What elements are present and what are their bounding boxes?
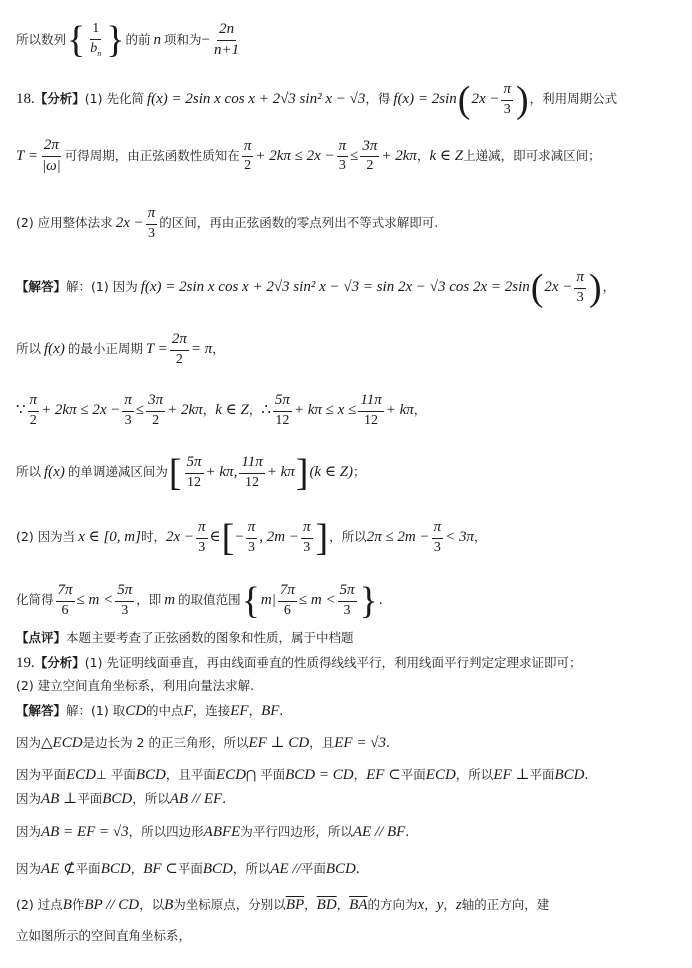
math: k ∈ Z: [215, 403, 249, 418]
text: ，: [131, 863, 144, 876]
text: 立如图所示的空间直角坐标系，: [16, 930, 191, 943]
text: 为平行四边形，所以: [240, 826, 353, 839]
math: ≤: [136, 403, 144, 418]
section-label: 【分析】: [35, 657, 85, 670]
math: T =: [16, 149, 38, 164]
math: CD: [125, 704, 146, 719]
math: F: [184, 704, 193, 719]
line-coordinate-system-2: 立如图所示的空间直角坐标系，: [16, 930, 682, 943]
denominator: 3: [301, 539, 312, 556]
brace-close: }: [106, 25, 124, 55]
math: △ECD: [41, 736, 83, 751]
numerator: 3π: [360, 139, 379, 158]
denominator: 3: [246, 539, 257, 556]
numerator: π: [301, 520, 313, 539]
brace-close: }: [360, 586, 378, 616]
fraction: π3: [337, 139, 349, 174]
math: + kπ,: [206, 465, 238, 480]
text: ，所以四边形: [129, 826, 204, 839]
text: ，所以: [132, 793, 170, 806]
fraction: 2π2: [170, 332, 189, 367]
line-comment: 【点评】 本题主要考查了正弦函数的图象和性质，属于中档题: [16, 632, 682, 645]
text: ，所以: [456, 769, 494, 782]
text: ，: [414, 404, 427, 417]
math: 2x −: [471, 92, 499, 107]
line-decreasing-interval: 所以 f(x) 的单调递减区间为 [ 5π12 + kπ, 11π12 + kπ…: [16, 455, 682, 490]
line-ae-parallel-plane: 因为 AE ⊄ 平面 BCD ， BF ⊂ 平面 BCD ，所以 AE // 平…: [16, 862, 682, 877]
math: < 3π: [445, 530, 474, 545]
math: EF ⊥: [493, 768, 529, 783]
denominator: 3: [432, 539, 443, 556]
denominator: bn: [88, 40, 103, 58]
text: 平面: [178, 863, 203, 876]
math: B: [63, 898, 72, 913]
fraction: π3: [574, 270, 586, 305]
paren-open: (: [458, 85, 471, 115]
line-part2-range: (2) 因为当 x ∈ [0, m] 时， 2x − π3 ∈ [ − π3 ,…: [16, 520, 682, 555]
paren-close: ): [516, 85, 529, 115]
text: 的单调递减区间为: [68, 466, 168, 479]
text: ，即: [136, 594, 161, 607]
line-min-period: 所以 f(x) 的最小正周期 T = 2π2 = π ，: [16, 332, 682, 367]
fraction: 7π6: [278, 583, 297, 618]
text: 所以: [16, 343, 41, 356]
text: ，连接: [193, 705, 231, 718]
text: 化简得: [16, 594, 54, 607]
section-label: 【点评】: [16, 632, 66, 645]
math: x ∈ [0, m]: [78, 530, 141, 545]
line-q18-analysis: 18. 【分析】 (1) 先化简 f(x) = 2sin x cos x + 2…: [16, 82, 682, 117]
math: , 2m −: [259, 530, 299, 545]
denominator: 3: [502, 101, 513, 118]
text: 作: [72, 899, 85, 912]
fraction: π3: [501, 82, 513, 117]
denominator: 12: [273, 412, 291, 429]
math: ≤ m <: [299, 593, 336, 608]
numerator: 5π: [338, 583, 357, 602]
math: BCD: [101, 862, 131, 877]
math: f(x) = 2sin x cos x + 2√3 sin² x − √3 = …: [141, 280, 530, 295]
fraction: 3π2: [146, 393, 165, 428]
text: ，: [424, 899, 437, 912]
text: ，且: [309, 737, 334, 750]
text: ，: [443, 899, 456, 912]
text: ，所以: [329, 531, 367, 544]
text: 时，: [141, 531, 166, 544]
math: AE // BF: [353, 825, 406, 840]
fraction: π2: [242, 139, 254, 174]
text: 可得周期，由正弦函数性质知在: [65, 150, 240, 163]
math: f(x) = 2sin x cos x + 2√3 sin² x − √3: [147, 92, 365, 107]
denominator: 3: [575, 289, 586, 306]
denominator: 2: [242, 157, 253, 174]
fraction: 2n n+1: [212, 22, 241, 59]
fraction: π3: [432, 520, 444, 555]
math: ECD: [426, 768, 456, 783]
math: −: [235, 530, 243, 545]
denominator: 3: [123, 412, 134, 429]
numerator: π: [122, 393, 134, 412]
text: ⊥ 平面: [96, 769, 136, 782]
therefore-symbol: ∴: [261, 403, 271, 418]
numerator: 7π: [278, 583, 297, 602]
text: 的区间，再由正弦函数的零点列出不等式求解即可.: [159, 217, 438, 230]
numerator: 3π: [146, 393, 165, 412]
numerator: 1: [90, 22, 101, 40]
denominator: 3: [119, 602, 130, 619]
text: ，: [603, 281, 616, 294]
math: AB ⊥: [41, 792, 77, 807]
text: ，: [249, 705, 262, 718]
because-symbol: ∵: [16, 403, 26, 418]
math: + 2kπ: [167, 403, 203, 418]
text: (2) 因为当: [16, 531, 75, 544]
text: 为坐标原点，分别以: [173, 899, 286, 912]
numerator: π: [501, 82, 513, 101]
math: −: [202, 33, 210, 48]
text: 平面: [301, 863, 326, 876]
vector: BP: [286, 898, 304, 913]
math: BF ⊂: [143, 862, 178, 877]
math: n: [154, 33, 162, 48]
numerator: 2π: [42, 138, 61, 157]
text: 本题主要考查了正弦函数的图象和性质，属于中档题: [66, 632, 354, 645]
text: ，: [417, 150, 430, 163]
numerator: 5π: [115, 583, 134, 602]
text: 解：(1) 因为: [66, 281, 138, 294]
bracket-close: ]: [316, 523, 329, 553]
math: ECD: [66, 768, 96, 783]
numerator: 2n: [217, 22, 236, 41]
denominator: 12: [362, 412, 380, 429]
brace-open: {: [67, 25, 85, 55]
math: m|: [261, 593, 276, 608]
math: + 2kπ ≤ 2x −: [41, 403, 120, 418]
text: 因为: [16, 737, 41, 750]
text: 平面: [530, 769, 555, 782]
math: + 2kπ ≤ 2x −: [255, 149, 334, 164]
fraction: 5π3: [115, 583, 134, 618]
text: 平面: [77, 793, 102, 806]
brace-open: {: [242, 586, 260, 616]
text: 是边长为 2 的正三角形，所以: [83, 737, 249, 750]
denominator: 2: [28, 412, 39, 429]
math: BCD = CD: [285, 768, 353, 783]
denominator: 3: [337, 157, 348, 174]
numerator: π: [28, 393, 40, 412]
fraction: 11π12: [239, 455, 264, 490]
text: 所以: [16, 466, 41, 479]
denominator: |ω|: [40, 157, 63, 175]
numerator: 11π: [239, 455, 264, 474]
text: 的中点: [146, 705, 184, 718]
math: BF: [261, 704, 279, 719]
fraction: 5π12: [273, 393, 292, 428]
fraction: 3π2: [360, 139, 379, 174]
denominator: 3: [146, 225, 157, 242]
math: AE //: [270, 862, 300, 877]
text: 因为平面: [16, 769, 66, 782]
math: ABFE: [204, 825, 241, 840]
section-label: 【解答】: [16, 281, 66, 294]
vector: BD: [317, 898, 337, 913]
math: BCD: [555, 768, 585, 783]
bracket-open: [: [222, 523, 235, 553]
fraction: π3: [146, 206, 158, 241]
math: ∈: [210, 530, 221, 545]
line-plane-perpendicular: 因为平面 ECD ⊥ 平面 BCD ，且平面 ECD ⋂ 平面 BCD = CD…: [16, 768, 682, 783]
text: 平面: [401, 769, 426, 782]
math: BCD: [326, 862, 356, 877]
text: .: [279, 704, 283, 719]
text: .: [222, 792, 226, 807]
fraction: 5π12: [185, 455, 204, 490]
denominator: 2: [174, 351, 185, 368]
numerator: 11π: [358, 393, 383, 412]
math: m: [164, 593, 175, 608]
math: ≤: [350, 149, 358, 164]
numerator: π: [337, 139, 349, 158]
math: EF: [230, 704, 248, 719]
math: EF ⊥ CD: [248, 736, 309, 751]
math: k ∈ Z: [429, 149, 463, 164]
math: + kπ: [386, 403, 414, 418]
text: (2) 过点: [16, 899, 63, 912]
line-q18-solution: 【解答】 解：(1) 因为 f(x) = 2sin x cos x + 2√3 …: [16, 270, 682, 305]
line-period-formula: T = 2π|ω| 可得周期，由正弦函数性质知在 π2 + 2kπ ≤ 2x −…: [16, 138, 682, 175]
math: AE ⊄: [41, 862, 76, 877]
math: B: [164, 898, 173, 913]
math: AB // EF: [170, 792, 223, 807]
math: 2π ≤ 2m −: [367, 530, 430, 545]
math: f(x): [44, 465, 65, 480]
text: ，: [304, 899, 317, 912]
math: EF = √3: [334, 736, 386, 751]
text: ，: [337, 899, 350, 912]
bracket-close: ]: [296, 458, 309, 488]
math: EF ⊂: [366, 768, 401, 783]
math: 2x −: [544, 280, 572, 295]
line-sum-result: 所以数列 { 1 bn } 的前 n 项和为 − 2n n+1: [16, 22, 682, 59]
text: ，: [354, 769, 367, 782]
line-inequality: ∵ π2 + 2kπ ≤ 2x − π3 ≤ 3π2 + 2kπ ， k ∈ Z…: [16, 393, 682, 428]
text: 上递减，即可求减区间；: [463, 150, 601, 163]
math: (k ∈ Z): [309, 465, 353, 480]
line-triangle: 因为 △ECD 是边长为 2 的正三角形，所以 EF ⊥ CD ，且 EF = …: [16, 736, 682, 751]
math: f(x) = 2sin: [393, 92, 456, 107]
line-q19-analysis-2: (2) 建立空间直角坐标系，利用向量法求解.: [16, 680, 682, 693]
math: T =: [146, 342, 168, 357]
text: 所以数列: [16, 34, 66, 47]
text: ；: [353, 466, 366, 479]
fraction: π3: [301, 520, 313, 555]
numerator: 7π: [56, 583, 75, 602]
text: (2) 应用整体法求: [16, 217, 113, 230]
paren-open: (: [531, 273, 544, 303]
numerator: π: [242, 139, 254, 158]
text: ⋂ 平面: [246, 769, 285, 782]
numerator: π: [574, 270, 586, 289]
text: 因为: [16, 826, 41, 839]
text: .: [585, 768, 589, 783]
section-label: 【解答】: [16, 705, 66, 718]
math: f(x): [44, 342, 65, 357]
paren-close: ): [589, 273, 602, 303]
text: (1) 先证明线面垂直，再由线面垂直的性质得线线平行，利用线面平行判定定理求证即…: [85, 657, 582, 670]
text: ，所以: [233, 863, 271, 876]
line-ab-parallel-ef: 因为 AB ⊥ 平面 BCD ，所以 AB // EF .: [16, 792, 682, 807]
line-parallelogram: 因为 AB = EF = √3 ，所以四边形 ABFE 为平行四边形，所以 AE…: [16, 825, 682, 840]
vector: BA: [349, 898, 367, 913]
text: 因为: [16, 793, 41, 806]
math: BP // CD: [84, 898, 139, 913]
math: = π: [191, 342, 212, 357]
denominator: 6: [282, 602, 293, 619]
denominator: 12: [243, 474, 261, 491]
denominator: 12: [185, 474, 203, 491]
math: y: [437, 898, 444, 913]
fraction: 5π3: [338, 583, 357, 618]
line-m-range: 化简得 7π6 ≤ m < 5π3 ，即 m 的取值范围 { m| 7π6 ≤ …: [16, 583, 682, 618]
text: .: [356, 862, 360, 877]
math: BCD: [136, 768, 166, 783]
denominator: 2: [150, 412, 161, 429]
text: .: [405, 825, 409, 840]
text: .: [386, 736, 390, 751]
text: ，: [212, 343, 225, 356]
text: 的方向为: [368, 899, 418, 912]
line-coordinate-system: (2) 过点 B 作 BP // CD ，以 B 为坐标原点，分别以 BP ， …: [16, 898, 682, 913]
math: 2x −: [116, 216, 144, 231]
text: 平面: [76, 863, 101, 876]
fraction: π2: [28, 393, 40, 428]
math: 2x −: [166, 530, 194, 545]
math: AB = EF = √3: [41, 825, 129, 840]
line-part2-analysis: (2) 应用整体法求 2x − π3 的区间，再由正弦函数的零点列出不等式求解即…: [16, 206, 682, 241]
line-q19-analysis: 19. 【分析】 (1) 先证明线面垂直，再由线面垂直的性质得线线平行，利用线面…: [16, 656, 682, 671]
numerator: 2π: [170, 332, 189, 351]
text: ，得: [365, 93, 390, 106]
math: ≤ m <: [77, 593, 114, 608]
line-q19-solution: 【解答】 解：(1) 取 CD 的中点 F ，连接 EF ， BF .: [16, 704, 682, 719]
fraction: π3: [122, 393, 134, 428]
math: + kπ: [267, 465, 295, 480]
fraction: π3: [246, 520, 258, 555]
math: + 2kπ: [381, 149, 417, 164]
math: + kπ ≤ x ≤: [294, 403, 356, 418]
numerator: π: [146, 206, 158, 225]
subscript: n: [97, 49, 101, 58]
text: ，且平面: [166, 769, 216, 782]
text: ，: [203, 404, 216, 417]
numerator: π: [196, 520, 208, 539]
text: ，: [474, 531, 487, 544]
text: 的前: [126, 34, 151, 47]
denominator: n+1: [212, 41, 241, 59]
section-label: 【分析】: [35, 93, 85, 106]
math: x: [418, 898, 425, 913]
text: 项和为: [164, 34, 202, 47]
text: ，以: [139, 899, 164, 912]
text: 轴的正方向，建: [462, 899, 550, 912]
fraction: 7π6: [56, 583, 75, 618]
math: ECD: [216, 768, 246, 783]
text: 的最小正周期: [68, 343, 143, 356]
denominator: 6: [60, 602, 71, 619]
text: 的取值范围: [178, 594, 241, 607]
text: ，: [249, 404, 262, 417]
denominator: 3: [196, 539, 207, 556]
fraction: 1 bn: [88, 22, 103, 58]
text: (1) 先化简: [85, 93, 144, 106]
bracket-open: [: [169, 458, 182, 488]
denominator: 2: [364, 157, 375, 174]
text: ，利用周期公式: [530, 93, 618, 106]
math: BCD: [203, 862, 233, 877]
text: 解：(1) 取: [66, 705, 125, 718]
denominator: 3: [342, 602, 353, 619]
fraction: 2π|ω|: [40, 138, 63, 175]
text: 因为: [16, 863, 41, 876]
question-number: 19.: [16, 656, 35, 671]
math: BCD: [102, 792, 132, 807]
numerator: π: [432, 520, 444, 539]
numerator: π: [246, 520, 258, 539]
question-number: 18.: [16, 92, 35, 107]
numerator: 5π: [273, 393, 292, 412]
fraction: π3: [196, 520, 208, 555]
text: (2) 建立空间直角坐标系，利用向量法求解.: [16, 680, 254, 693]
text: .: [379, 593, 383, 608]
fraction: 11π12: [358, 393, 383, 428]
numerator: 5π: [185, 455, 204, 474]
